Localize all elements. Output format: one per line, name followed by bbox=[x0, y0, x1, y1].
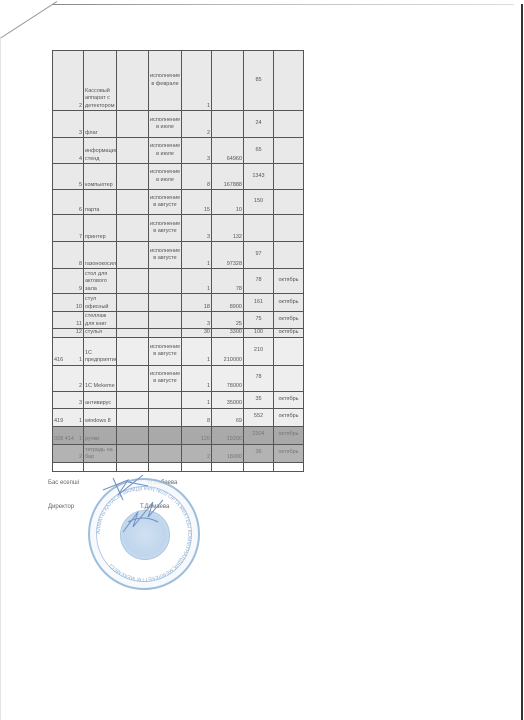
quantity-cell: 1 bbox=[182, 391, 212, 408]
amount-cell: 132 bbox=[212, 215, 244, 242]
status-cell: исполнение в июле bbox=[149, 164, 182, 190]
table-row: 9стол для актового зала17878октябрь bbox=[53, 269, 304, 294]
code-cell: 161 bbox=[244, 294, 274, 312]
empty-cell bbox=[117, 190, 149, 215]
code-cell: 552 bbox=[244, 408, 274, 426]
row-number: 1 bbox=[79, 418, 82, 426]
code-cell bbox=[244, 215, 274, 242]
code-cell: 100 bbox=[244, 329, 274, 338]
code-cell: 35 bbox=[244, 391, 274, 408]
amount-cell: 97328 bbox=[212, 242, 244, 269]
item-name-cell: 1С Mekeme bbox=[84, 365, 117, 391]
empty-cell bbox=[117, 215, 149, 242]
table-row: 12стулья303300100октябрь bbox=[53, 329, 304, 338]
month-cell bbox=[274, 190, 304, 215]
month-cell bbox=[274, 111, 304, 138]
status-cell: исполнение в августе bbox=[149, 337, 182, 365]
quantity-cell: 3 bbox=[182, 138, 212, 164]
table-row: 8газонокосилкаисполнение в августе197328… bbox=[53, 242, 304, 269]
table-row: 6партаисполнение в августе1510150 bbox=[53, 190, 304, 215]
item-name-cell: информационный стенд bbox=[84, 138, 117, 164]
table-row: 4191windows 8869552октябрь bbox=[53, 408, 304, 426]
row-index-cell: 6 bbox=[53, 190, 84, 215]
row-index-cell: 12 bbox=[53, 329, 84, 338]
group-code: 416 bbox=[54, 357, 63, 365]
amount-cell: 18000 bbox=[212, 444, 244, 462]
amount-cell: 19200 bbox=[212, 426, 244, 444]
empty-cell bbox=[117, 111, 149, 138]
amount-cell: 78 bbox=[212, 269, 244, 294]
quantity-cell: 3 bbox=[182, 312, 212, 329]
month-cell: октябрь bbox=[274, 312, 304, 329]
scan-edge-left bbox=[0, 38, 1, 720]
chief-accountant-label: Бас есепші bbox=[48, 480, 79, 486]
empty-cell bbox=[117, 444, 149, 462]
status-cell: исполнение в феврале bbox=[149, 51, 182, 111]
row-number: 2 bbox=[79, 383, 82, 391]
item-name-cell: стеллаж для книг bbox=[84, 312, 117, 329]
month-cell: октябрь bbox=[274, 426, 304, 444]
table-row: 5компьютерисполнение в июле81678881343 bbox=[53, 164, 304, 190]
amount-cell: 167888 bbox=[212, 164, 244, 190]
row-index-cell: 4 bbox=[53, 138, 84, 164]
quantity-cell: 3 bbox=[182, 215, 212, 242]
item-name-cell: 1С предприятие bbox=[84, 337, 117, 365]
empty-cell bbox=[117, 391, 149, 408]
group-code: 419 bbox=[54, 418, 63, 426]
amount-cell: 25 bbox=[212, 312, 244, 329]
group-code: 028 414 bbox=[54, 436, 74, 444]
empty-cell bbox=[117, 269, 149, 294]
status-cell: исполнение в августе bbox=[149, 215, 182, 242]
quantity-cell: 30 bbox=[182, 329, 212, 338]
amount-cell: 8900 bbox=[212, 294, 244, 312]
row-index-cell: 5 bbox=[53, 164, 84, 190]
code-cell: 1343 bbox=[244, 164, 274, 190]
empty-cell bbox=[117, 337, 149, 365]
month-cell bbox=[274, 337, 304, 365]
table-row: 11стеллаж для книг32575октябрь bbox=[53, 312, 304, 329]
status-cell: исполнение в августе bbox=[149, 242, 182, 269]
status-cell: исполнение в июле bbox=[149, 111, 182, 138]
scan-edge-right bbox=[521, 4, 523, 720]
quantity-cell: 2 bbox=[182, 444, 212, 462]
status-cell: исполнение в июле bbox=[149, 138, 182, 164]
item-name-cell: газонокосилка bbox=[84, 242, 117, 269]
row-index-cell: 11 bbox=[53, 312, 84, 329]
code-cell: 24 bbox=[244, 111, 274, 138]
signature-director bbox=[118, 492, 168, 542]
code-cell: 2304 bbox=[244, 426, 274, 444]
code-cell: 97 bbox=[244, 242, 274, 269]
row-index-cell: 9 bbox=[53, 269, 84, 294]
amount-cell bbox=[212, 111, 244, 138]
status-cell bbox=[149, 426, 182, 444]
item-name-cell: Кассовый аппарат с детектором bbox=[84, 51, 117, 111]
empty-cell bbox=[117, 365, 149, 391]
item-name-cell: антивирус bbox=[84, 391, 117, 408]
item-name-cell: стол для актового зала bbox=[84, 269, 117, 294]
item-name-cell: тетрадь на бар bbox=[84, 444, 117, 462]
quantity-cell: 1 bbox=[182, 365, 212, 391]
amount-cell: 78000 bbox=[212, 365, 244, 391]
item-name-cell: флаг bbox=[84, 111, 117, 138]
empty-cell bbox=[117, 138, 149, 164]
row-number: 1 bbox=[79, 436, 82, 444]
empty-cell bbox=[53, 462, 84, 471]
table-row: 7принтерисполнение в августе3132 bbox=[53, 215, 304, 242]
item-name-cell: компьютер bbox=[84, 164, 117, 190]
month-cell bbox=[274, 242, 304, 269]
code-cell: 85 bbox=[244, 51, 274, 111]
empty-cell bbox=[117, 242, 149, 269]
row-index-cell: 2 bbox=[53, 444, 84, 462]
row-number: 6 bbox=[79, 207, 82, 215]
item-name-cell: стулья bbox=[84, 329, 117, 338]
code-cell: 36 bbox=[244, 444, 274, 462]
quantity-cell: 8 bbox=[182, 164, 212, 190]
empty-cell bbox=[182, 462, 212, 471]
empty-cell bbox=[244, 462, 274, 471]
code-cell: 75 bbox=[244, 312, 274, 329]
amount-cell: 69 bbox=[212, 408, 244, 426]
amount-cell: 35000 bbox=[212, 391, 244, 408]
row-index-cell: 028 4141 bbox=[53, 426, 84, 444]
row-number: 2 bbox=[79, 454, 82, 462]
row-number: 10 bbox=[76, 304, 82, 312]
status-cell bbox=[149, 312, 182, 329]
month-cell bbox=[274, 365, 304, 391]
table-row: 3антивирус13500035октябрь bbox=[53, 391, 304, 408]
table-row: 2Кассовый аппарат с детекторомисполнение… bbox=[53, 51, 304, 111]
item-name-cell: windows 8 bbox=[84, 408, 117, 426]
row-number: 1 bbox=[79, 357, 82, 365]
table-row: 10стул офисный188900161октябрь bbox=[53, 294, 304, 312]
scan-edge-corner bbox=[0, 1, 57, 39]
row-number: 3 bbox=[79, 400, 82, 408]
row-number: 7 bbox=[79, 234, 82, 242]
amount-cell: 3300 bbox=[212, 329, 244, 338]
row-index-cell: 7 bbox=[53, 215, 84, 242]
row-index-cell: 3 bbox=[53, 391, 84, 408]
quantity-cell: 15 bbox=[182, 190, 212, 215]
row-number: 4 bbox=[79, 156, 82, 164]
amount-cell: 210000 bbox=[212, 337, 244, 365]
status-cell: исполнение в августе bbox=[149, 190, 182, 215]
row-number: 2 bbox=[79, 103, 82, 111]
quantity-cell: 1 bbox=[182, 51, 212, 111]
status-cell bbox=[149, 294, 182, 312]
quantity-cell: 1 bbox=[182, 242, 212, 269]
month-cell: октябрь bbox=[274, 294, 304, 312]
code-cell: 78 bbox=[244, 269, 274, 294]
row-index-cell: 3 bbox=[53, 111, 84, 138]
quantity-cell: 1 bbox=[182, 269, 212, 294]
empty-cell bbox=[117, 164, 149, 190]
procurement-table: 2Кассовый аппарат с детекторомисполнение… bbox=[52, 50, 304, 472]
status-cell bbox=[149, 391, 182, 408]
empty-cell bbox=[117, 329, 149, 338]
status-cell bbox=[149, 329, 182, 338]
row-index-cell: 2 bbox=[53, 51, 84, 111]
status-cell: исполнение в августе bbox=[149, 365, 182, 391]
row-index-cell: 4161 bbox=[53, 337, 84, 365]
month-cell: октябрь bbox=[274, 408, 304, 426]
table-row: 028 4141ручки120192002304октябрь bbox=[53, 426, 304, 444]
row-index-cell: 2 bbox=[53, 365, 84, 391]
quantity-cell: 1 bbox=[182, 337, 212, 365]
month-cell bbox=[274, 215, 304, 242]
empty-cell bbox=[117, 312, 149, 329]
empty-cell bbox=[117, 408, 149, 426]
row-number: 9 bbox=[79, 286, 82, 294]
month-cell bbox=[274, 51, 304, 111]
item-name-cell: парта bbox=[84, 190, 117, 215]
status-cell bbox=[149, 444, 182, 462]
table-row-blank bbox=[53, 462, 304, 471]
month-cell bbox=[274, 138, 304, 164]
item-name-cell: принтер bbox=[84, 215, 117, 242]
table-row: 4информационный стендисполнение в июле36… bbox=[53, 138, 304, 164]
empty-cell bbox=[117, 51, 149, 111]
month-cell: октябрь bbox=[274, 269, 304, 294]
quantity-cell: 2 bbox=[182, 111, 212, 138]
table-row: 41611С предприятиеисполнение в августе12… bbox=[53, 337, 304, 365]
director-label: Директор bbox=[48, 504, 74, 510]
amount-cell: 10 bbox=[212, 190, 244, 215]
status-cell bbox=[149, 269, 182, 294]
table-row: 3флагисполнение в июле224 bbox=[53, 111, 304, 138]
table-row: 2тетрадь на бар21800036октябрь bbox=[53, 444, 304, 462]
status-cell bbox=[149, 408, 182, 426]
scan-edge-top bbox=[52, 4, 514, 5]
row-index-cell: 10 bbox=[53, 294, 84, 312]
empty-cell bbox=[117, 294, 149, 312]
row-number: 11 bbox=[76, 321, 82, 329]
code-cell: 150 bbox=[244, 190, 274, 215]
row-number: 12 bbox=[76, 329, 82, 337]
code-cell: 78 bbox=[244, 365, 274, 391]
code-cell: 210 bbox=[244, 337, 274, 365]
quantity-cell: 120 bbox=[182, 426, 212, 444]
amount-cell bbox=[212, 51, 244, 111]
empty-cell bbox=[117, 426, 149, 444]
row-index-cell: 4191 bbox=[53, 408, 84, 426]
quantity-cell: 8 bbox=[182, 408, 212, 426]
month-cell: октябрь bbox=[274, 391, 304, 408]
row-index-cell: 8 bbox=[53, 242, 84, 269]
row-number: 3 bbox=[79, 130, 82, 138]
amount-cell: 64960 bbox=[212, 138, 244, 164]
row-number: 5 bbox=[79, 182, 82, 190]
month-cell: октябрь bbox=[274, 329, 304, 338]
item-name-cell: стул офисный bbox=[84, 294, 117, 312]
empty-cell bbox=[212, 462, 244, 471]
month-cell bbox=[274, 164, 304, 190]
quantity-cell: 18 bbox=[182, 294, 212, 312]
row-number: 8 bbox=[79, 261, 82, 269]
table-row: 21С Mekemeисполнение в августе17800078 bbox=[53, 365, 304, 391]
item-name-cell: ручки bbox=[84, 426, 117, 444]
empty-cell bbox=[274, 462, 304, 471]
month-cell: октябрь bbox=[274, 444, 304, 462]
code-cell: 65 bbox=[244, 138, 274, 164]
